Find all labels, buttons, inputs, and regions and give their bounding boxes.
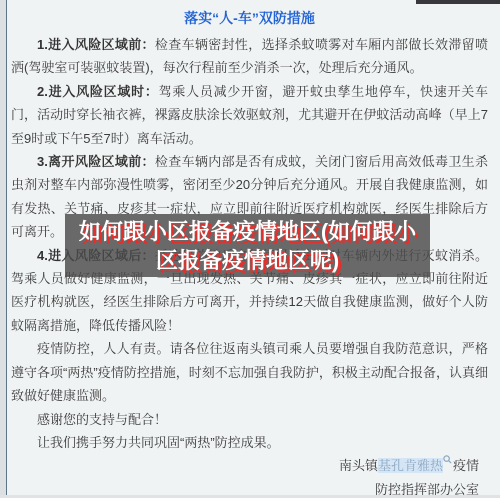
paragraph-thanks: 感谢您的支持与配合！ xyxy=(11,408,488,431)
paragraph-appeal: 疫情防控，人人有责。请各位往返南头镇司乘人员要增强自我防范意识，严格遵守各项“两… xyxy=(11,337,488,407)
watermark-title-overlay: 如何跟小区报备疫情地区(如何跟小区报备疫情地区呢) xyxy=(65,214,430,277)
paragraph-section-2: 2.进入风险区域时：驾乘人员减少开窗，避开蚊虫孳生地停车，快速开关车门，活动时穿… xyxy=(11,80,488,150)
thanks-text: 感谢您的支持与配合！ xyxy=(37,412,167,427)
section-2-lead: 2.进入风险区域时： xyxy=(37,84,159,99)
signature-prefix: 南头镇 xyxy=(339,458,378,473)
signature-block: 南头镇基孔肯雅热疫情 防控指挥部办公室 xyxy=(11,454,488,498)
appeal-text: 疫情防控，人人有责。请各位往返南头镇司乘人员要增强自我防范意识，严格遵守各项“两… xyxy=(11,341,488,403)
search-icon[interactable] xyxy=(443,455,452,464)
page-title: 落实“人-车”双防措施 xyxy=(11,8,488,28)
section-1-lead: 1.进入风险区域前： xyxy=(37,37,155,52)
signature-line-1: 南头镇基孔肯雅热疫情 xyxy=(11,454,479,477)
closing-text: 让我们携手努力共同巩固“两热”防控成果。 xyxy=(37,435,280,450)
section-3-lead: 3.离开风险区域前： xyxy=(37,154,155,169)
watermark-title-text: 如何跟小区报备疫情地区(如何跟小区报备疫情地区呢) xyxy=(75,217,421,275)
entity-link-chikungunya[interactable]: 基孔肯雅热 xyxy=(378,458,443,473)
notice-page: 落实“人-车”双防措施 1.进入风险区域前：检查车辆密封性，选择杀蚊喷雾对车厢内… xyxy=(0,0,500,498)
paragraph-closing: 让我们携手努力共同巩固“两热”防控成果。 xyxy=(11,431,488,454)
paragraph-section-1: 1.进入风险区域前：检查车辆密封性，选择杀蚊喷雾对车厢内部做长效滞留喷洒(驾驶室… xyxy=(11,33,488,80)
signature-suffix: 疫情 xyxy=(453,458,479,473)
